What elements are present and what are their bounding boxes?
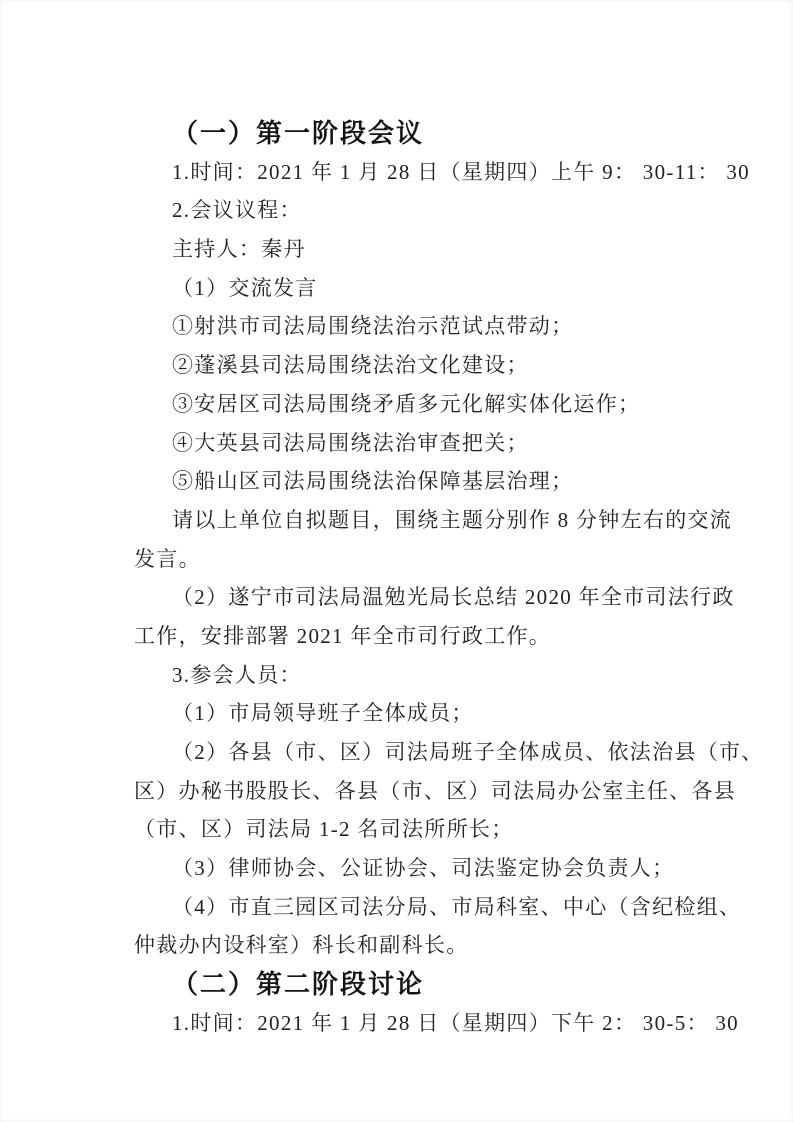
- document-line: 1.时间：2021 年 1 月 28 日（星期四）下午 2： 30-5： 30: [134, 1004, 734, 1043]
- document-line: 3.参会人员：: [134, 656, 734, 695]
- document-line: （1）市局领导班子全体成员；: [134, 694, 734, 733]
- document-line: ⑤船山区司法局围绕法治保障基层治理；: [134, 462, 734, 501]
- document-line: 仲裁办内设科室）科长和副科长。: [134, 926, 734, 965]
- document-line: （市、区）司法局 1-2 名司法所所长；: [134, 810, 734, 849]
- document-line: 主持人：秦丹: [134, 230, 734, 269]
- document-line: （2）各县（市、区）司法局班子全体成员、依法治县（市、: [134, 733, 734, 772]
- document-line: 请以上单位自拟题目，围绕主题分别作 8 分钟左右的交流: [134, 501, 734, 540]
- document-line: 区）办秘书股股长、各县（市、区）司法局办公室主任、各县: [134, 772, 734, 811]
- document-line: （3）律师协会、公证协会、司法鉴定协会负责人；: [134, 849, 734, 888]
- document-line: ③安居区司法局围绕矛盾多元化解实体化运作；: [134, 385, 734, 424]
- section-heading: （二）第二阶段讨论: [134, 965, 734, 1004]
- document-line: ④大英县司法局围绕法治审查把关；: [134, 424, 734, 463]
- document-line: 2.会议议程：: [134, 191, 734, 230]
- document-line: 1.时间：2021 年 1 月 28 日（星期四）上午 9： 30-11： 30: [134, 153, 734, 192]
- document-line: 发言。: [134, 540, 734, 579]
- document-line: 工作，安排部署 2021 年全市司行政工作。: [134, 617, 734, 656]
- section-heading: （一）第一阶段会议: [134, 114, 734, 153]
- document-line: （2）遂宁市司法局温勉光局长总结 2020 年全市司法行政: [134, 578, 734, 617]
- document-line: ②蓬溪县司法局围绕法治文化建设；: [134, 346, 734, 385]
- document-line: （1）交流发言: [134, 269, 734, 308]
- document-text: （一）第一阶段会议1.时间：2021 年 1 月 28 日（星期四）上午 9： …: [134, 114, 734, 1043]
- document-page: （一）第一阶段会议1.时间：2021 年 1 月 28 日（星期四）上午 9： …: [0, 0, 793, 1122]
- document-line: ①射洪市司法局围绕法治示范试点带动；: [134, 307, 734, 346]
- document-line: （4）市直三园区司法分局、市局科室、中心（含纪检组、: [134, 888, 734, 927]
